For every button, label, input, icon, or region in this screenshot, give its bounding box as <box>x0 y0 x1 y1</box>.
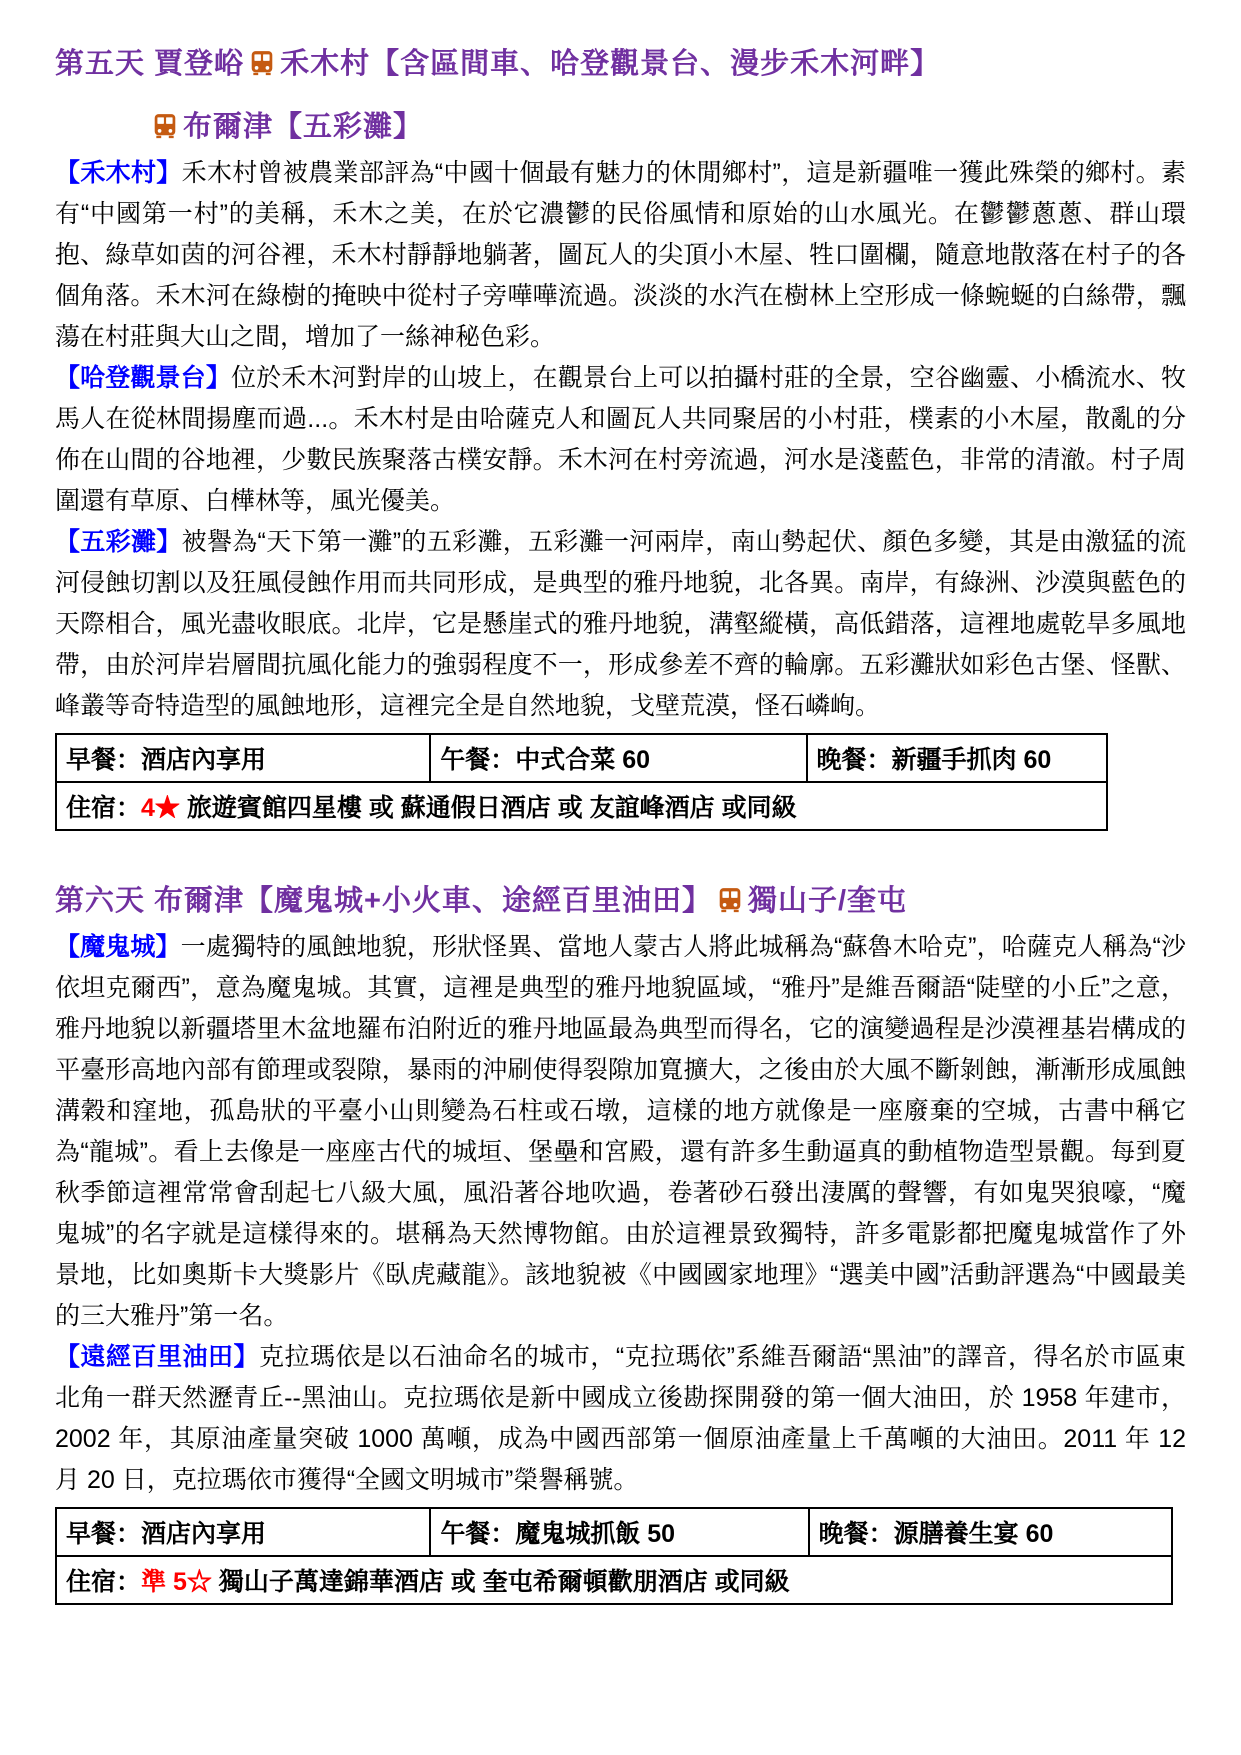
section-label-hadeng: 【哈登觀景台】 <box>55 364 231 392</box>
lodging-cell: 住宿：準 5☆ 獨山子萬達錦華酒店 或 奎屯希爾頓歡朋酒店 或同級 <box>56 1556 1172 1604</box>
hotel-grade-badge: 4★ <box>141 794 180 822</box>
day5-title-line1: 第五天 賈登峪禾木村【含區間車、哈登觀景台、漫步禾木河畔】 <box>55 44 1186 88</box>
lodging-prefix: 住宿： <box>66 1568 141 1596</box>
breakfast-cell: 早餐：酒店內享用 <box>56 734 430 782</box>
lunch-cell: 午餐：中式合菜 60 <box>430 734 806 782</box>
hotel-grade-badge: 準 5☆ <box>141 1568 212 1596</box>
section-label-wucai: 【五彩灘】 <box>55 528 182 556</box>
itinerary-document: 第五天 賈登峪禾木村【含區間車、哈登觀景台、漫步禾木河畔】 布爾津【五彩灘】 【… <box>0 0 1241 1665</box>
itinerary-page: { "colors": { "heading_purple": "#7030A0… <box>0 0 1241 1755</box>
day5-meal-lodging-table: 早餐：酒店內享用 午餐：中式合菜 60 晚餐：新疆手抓肉 60 住宿：4★ 旅遊… <box>55 733 1108 831</box>
train-icon <box>717 884 743 925</box>
lodging-hotels: 獨山子萬達錦華酒店 或 奎屯希爾頓歡朋酒店 或同級 <box>212 1568 790 1596</box>
breakfast-cell: 早餐：酒店內享用 <box>56 1508 430 1556</box>
lodging-hotels: 旅遊賓館四星樓 或 蘇通假日酒店 或 友誼峰酒店 或同級 <box>180 794 797 822</box>
day5-title-post: 禾木村【含區間車、哈登觀景台、漫步禾木河畔】 <box>280 48 940 80</box>
paragraph-wucai-beach: 【五彩灘】被譽為“天下第一灘”的五彩灘，五彩灘一河兩岸，南山勢起伏、顏色多變，其… <box>55 522 1186 727</box>
day5-title-pre: 第五天 賈登峪 <box>55 48 244 80</box>
train-icon <box>249 47 275 88</box>
paragraph-hadeng-viewpoint: 【哈登觀景台】位於禾木河對岸的山坡上，在觀景台上可以拍攝村莊的全景，空谷幽靈、小… <box>55 358 1186 522</box>
table-row-lodging: 住宿：準 5☆ 獨山子萬達錦華酒店 或 奎屯希爾頓歡朋酒店 或同級 <box>56 1556 1172 1604</box>
table-row-lodging: 住宿：4★ 旅遊賓館四星樓 或 蘇通假日酒店 或 友誼峰酒店 或同級 <box>56 782 1107 830</box>
dinner-cell: 晚餐：新疆手抓肉 60 <box>807 734 1107 782</box>
paragraph-hemu-village: 【禾木村】禾木村曾被農業部評為“中國十個最有魅力的休閒鄉村”，這是新疆唯一獲此殊… <box>55 153 1186 358</box>
dinner-cell: 晚餐：源膳養生宴 60 <box>809 1508 1172 1556</box>
paragraph-text: 禾木村曾被農業部評為“中國十個最有魅力的休閒鄉村”，這是新疆唯一獲此殊榮的鄉村。… <box>55 159 1186 351</box>
table-row-meals: 早餐：酒店內享用 午餐：中式合菜 60 晚餐：新疆手抓肉 60 <box>56 734 1107 782</box>
lodging-prefix: 住宿： <box>66 794 141 822</box>
lodging-cell: 住宿：4★ 旅遊賓館四星樓 或 蘇通假日酒店 或 友誼峰酒店 或同級 <box>56 782 1107 830</box>
paragraph-text: 一處獨特的風蝕地貌，形狀怪異、當地人蒙古人將此城稱為“蘇魯木哈克”，哈薩克人稱為… <box>55 933 1186 1330</box>
day6-title-pre: 第六天 布爾津【魔鬼城+小火車、途經百里油田】 <box>55 885 712 917</box>
day5-title-line2: 布爾津【五彩灘】 <box>147 107 1186 151</box>
lunch-cell: 午餐：魔鬼城抓飯 50 <box>430 1508 808 1556</box>
day6-title-post: 獨山子/奎屯 <box>748 885 907 917</box>
section-label-oilfield: 【遠經百里油田】 <box>55 1343 259 1371</box>
day6-title: 第六天 布爾津【魔鬼城+小火車、途經百里油田】獨山子/奎屯 <box>55 881 1186 925</box>
paragraph-ghost-city: 【魔鬼城】一處獨特的風蝕地貌，形狀怪異、當地人蒙古人將此城稱為“蘇魯木哈克”，哈… <box>55 927 1186 1337</box>
table-row-meals: 早餐：酒店內享用 午餐：魔鬼城抓飯 50 晚餐：源膳養生宴 60 <box>56 1508 1172 1556</box>
paragraph-oilfield: 【遠經百里油田】克拉瑪依是以石油命名的城市，“克拉瑪依”系維吾爾語“黑油”的譯音… <box>55 1337 1186 1501</box>
day6-meal-lodging-table: 早餐：酒店內享用 午餐：魔鬼城抓飯 50 晚餐：源膳養生宴 60 住宿：準 5☆… <box>55 1507 1173 1605</box>
train-icon <box>152 110 178 151</box>
section-label-hemu: 【禾木村】 <box>55 159 182 187</box>
day5-title-line2-text: 布爾津【五彩灘】 <box>183 111 423 143</box>
section-label-ghost-city: 【魔鬼城】 <box>55 933 181 961</box>
paragraph-text: 被譽為“天下第一灘”的五彩灘，五彩灘一河兩岸，南山勢起伏、顏色多變，其是由激猛的… <box>55 528 1186 720</box>
